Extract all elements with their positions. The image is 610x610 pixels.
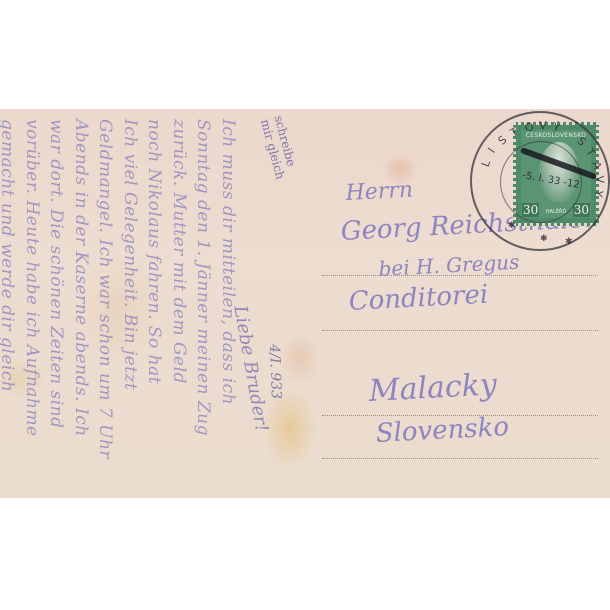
side-note: schreibe mir gleich <box>258 114 301 181</box>
star-icon: ✱ <box>508 221 516 231</box>
address-rule <box>322 330 598 331</box>
address-city: Malacky <box>368 367 498 409</box>
message-line: zurück. Mutter mit dem Geld <box>167 119 192 498</box>
postmark: LISTOVÝ STAVY -5. I. 33 -12 <box>470 111 610 251</box>
address-country: Slovensko <box>375 412 510 449</box>
star-icon: ✱ <box>540 234 548 244</box>
message-line: gemacht und werde dir gleich <box>0 119 20 498</box>
message-line: Abends in der Kaserne abends. Ich <box>69 119 94 498</box>
message-line: Ich viel Gelegenheit. Bin jetzt <box>118 119 143 498</box>
message-lines: Ich muss dir mitteilen, dass ichSonntag … <box>0 119 240 498</box>
address-title: Herrn <box>345 177 414 205</box>
address-business: Conditorei <box>348 280 489 317</box>
message-body: Ich muss dir mitteilen, dass ichSonntag … <box>0 109 250 498</box>
star-icon: ✱ <box>565 237 573 247</box>
message-line: war dort. Die schönen Zeiten sind <box>44 119 69 498</box>
address-care-of: bei H. Gregus <box>378 250 520 281</box>
address-rule <box>322 458 598 459</box>
message-line: Sonntag den 1. Jänner meinen Zug <box>191 119 216 498</box>
message-line: noch Nikolaus fahren. So hat <box>142 119 167 498</box>
message-line: vorüber. Heute habe ich Aufnahme <box>20 119 45 498</box>
postcard: Ich muss dir mitteilen, dass ichSonntag … <box>0 109 610 498</box>
date-note: 4/I. 933 <box>266 344 284 399</box>
message-line: Geldmangel. Ich war schon um 7 Uhr <box>93 119 118 498</box>
